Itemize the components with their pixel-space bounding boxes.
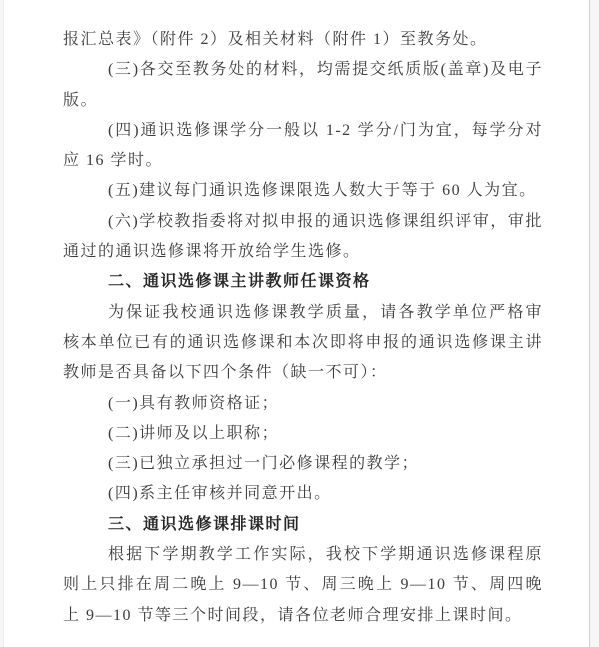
paragraph-condition-1-certificate: (一)具有教师资格证； — [63, 389, 543, 419]
paragraph-condition-2-title: (二)讲师及以上职称； — [63, 419, 543, 449]
paragraph-continuation-attachments: 报汇总表》（附件 2）及相关材料（附件 1）至教务处。 — [63, 25, 543, 55]
paragraph-item-5-enrollment-limit: (五)建议每门通识选修课限选人数大于等于 60 人为宜。 — [63, 176, 543, 206]
document-page: 报汇总表》（附件 2）及相关材料（附件 1）至教务处。 (三)各交至教务处的材料… — [3, 0, 590, 647]
document-content: 报汇总表》（附件 2）及相关材料（附件 1）至教务处。 (三)各交至教务处的材料… — [4, 0, 589, 631]
paragraph-scheduling-detail: 根据下学期教学工作实际，我校下学期通识选修课程原则上只排在周二晚上 9—10 节… — [63, 540, 543, 631]
paragraph-qualification-intro: 为保证我校通识选修课教学质量，请各教学单位严格审核本单位已有的通识选修课和本次即… — [63, 298, 543, 389]
paragraph-condition-4-approval: (四)系主任审核并同意开出。 — [63, 479, 543, 509]
section-heading-3-scheduling: 三、通识选修课排课时间 — [63, 510, 543, 540]
paragraph-condition-3-course-taught: (三)已独立承担过一门必修课程的教学； — [63, 449, 543, 479]
paragraph-item-3-materials: (三)各交至教务处的材料，均需提交纸质版(盖章)及电子版。 — [63, 55, 543, 116]
paragraph-item-4-credits: (四)通识选修课学分一般以 1-2 学分/门为宜，每学分对应 16 学时。 — [63, 116, 543, 177]
section-heading-2-teacher-qualification: 二、通识选修课主讲教师任课资格 — [63, 267, 543, 297]
paragraph-item-6-review: (六)学校教指委将对拟申报的通识选修课组织评审，审批通过的通识选修课将开放给学生… — [63, 207, 543, 268]
